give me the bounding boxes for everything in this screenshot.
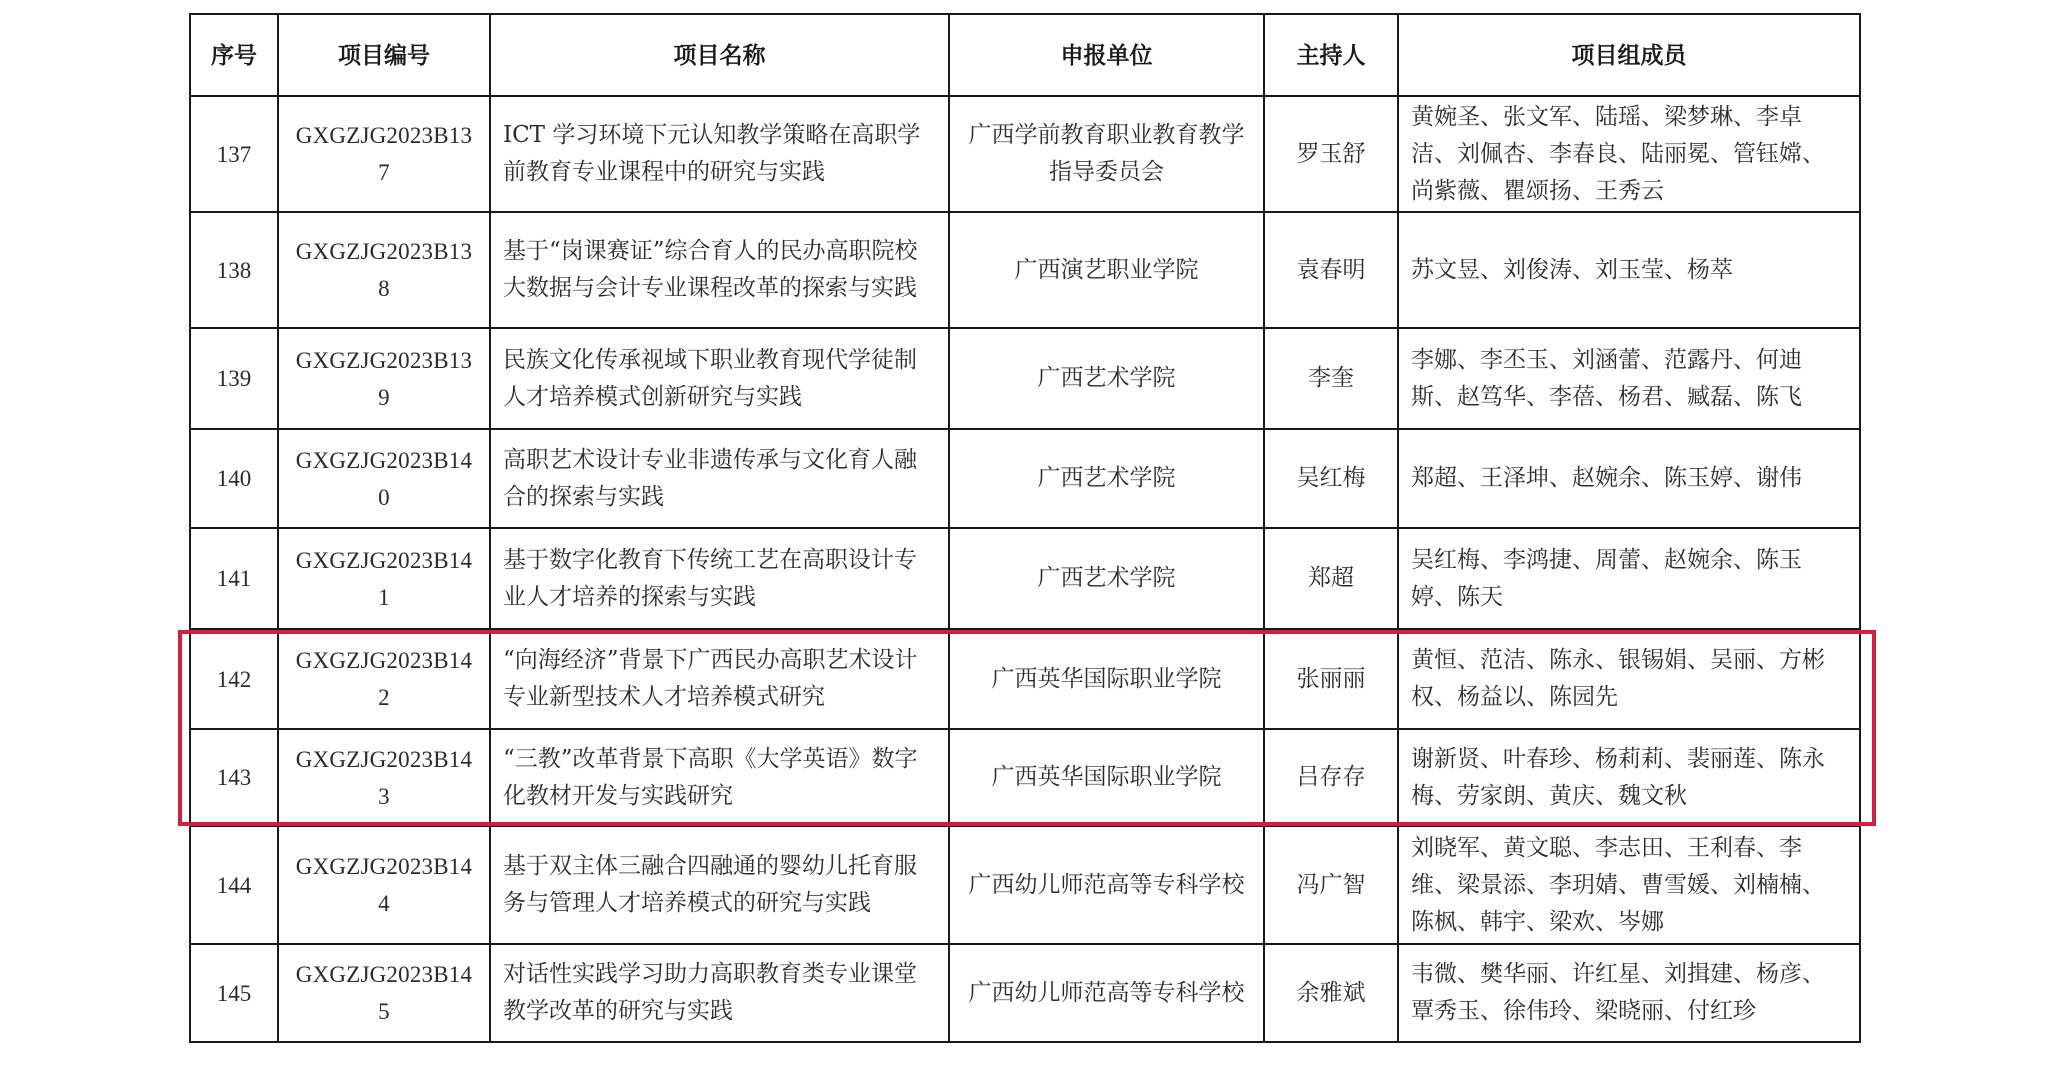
table-row: 137 GXGZJG2023B137 ICT 学习环境下元认知教学策略在高职学前… [190, 96, 1860, 212]
host: 余雅斌 [1264, 944, 1398, 1042]
project-code: GXGZJG2023B141 [278, 528, 490, 629]
members: 李娜、李丕玉、刘涵蕾、范露丹、何迪斯、赵笃华、李蓓、杨君、臧磊、陈飞 [1398, 328, 1860, 429]
serial-number: 145 [190, 944, 278, 1042]
table-row: 144 GXGZJG2023B144 基于双主体三融合四融通的婴幼儿托育服务与管… [190, 826, 1860, 944]
project-code: GXGZJG2023B137 [278, 96, 490, 212]
table-row-highlighted: 142 GXGZJG2023B142 “向海经济”背景下广西民办高职艺术设计专业… [190, 629, 1860, 729]
project-code: GXGZJG2023B139 [278, 328, 490, 429]
members: 黄恒、范洁、陈永、银锡娟、吴丽、方彬权、杨益以、陈园先 [1398, 629, 1860, 729]
project-code: GXGZJG2023B142 [278, 629, 490, 729]
project-code: GXGZJG2023B143 [278, 729, 490, 826]
applicant-unit: 广西演艺职业学院 [949, 212, 1264, 328]
host: 吴红梅 [1264, 429, 1398, 528]
serial-number: 144 [190, 826, 278, 944]
serial-number: 142 [190, 629, 278, 729]
table-row: 145 GXGZJG2023B145 对话性实践学习助力高职教育类专业课堂教学改… [190, 944, 1860, 1042]
applicant-unit: 广西艺术学院 [949, 429, 1264, 528]
serial-number: 141 [190, 528, 278, 629]
header-host: 主持人 [1264, 14, 1398, 96]
serial-number: 140 [190, 429, 278, 528]
table-header-row: 序号 项目编号 项目名称 申报单位 主持人 项目组成员 [190, 14, 1860, 96]
host: 郑超 [1264, 528, 1398, 629]
members: 谢新贤、叶春珍、杨莉莉、裴丽莲、陈永梅、劳家朗、黄庆、魏文秋 [1398, 729, 1860, 826]
header-project-code: 项目编号 [278, 14, 490, 96]
project-code: GXGZJG2023B138 [278, 212, 490, 328]
applicant-unit: 广西学前教育职业教育教学指导委员会 [949, 96, 1264, 212]
applicant-unit: 广西英华国际职业学院 [949, 629, 1264, 729]
applicant-unit: 广西英华国际职业学院 [949, 729, 1264, 826]
project-code: GXGZJG2023B140 [278, 429, 490, 528]
project-name: “三教”改革背景下高职《大学英语》数字化教材开发与实践研究 [490, 729, 949, 826]
project-name: 基于双主体三融合四融通的婴幼儿托育服务与管理人才培养模式的研究与实践 [490, 826, 949, 944]
project-name: 对话性实践学习助力高职教育类专业课堂教学改革的研究与实践 [490, 944, 949, 1042]
header-members: 项目组成员 [1398, 14, 1860, 96]
project-name: 民族文化传承视域下职业教育现代学徒制人才培养模式创新研究与实践 [490, 328, 949, 429]
applicant-unit: 广西幼儿师范高等专科学校 [949, 826, 1264, 944]
members: 韦微、樊华丽、许红星、刘揖建、杨彦、覃秀玉、徐伟玲、梁晓丽、付红珍 [1398, 944, 1860, 1042]
members: 吴红梅、李鸿捷、周蕾、赵婉余、陈玉婷、陈天 [1398, 528, 1860, 629]
project-name: ICT 学习环境下元认知教学策略在高职学前教育专业课程中的研究与实践 [490, 96, 949, 212]
project-name: “向海经济”背景下广西民办高职艺术设计专业新型技术人才培养模式研究 [490, 629, 949, 729]
host: 袁春明 [1264, 212, 1398, 328]
project-code: GXGZJG2023B144 [278, 826, 490, 944]
header-applicant-unit: 申报单位 [949, 14, 1264, 96]
host: 李奎 [1264, 328, 1398, 429]
members: 黄婉圣、张文军、陆瑶、梁梦琳、李卓洁、刘佩杏、李春良、陆丽冕、管钰嫦、尚紫薇、瞿… [1398, 96, 1860, 212]
project-code: GXGZJG2023B145 [278, 944, 490, 1042]
serial-number: 137 [190, 96, 278, 212]
project-name: 基于“岗课赛证”综合育人的民办高职院校大数据与会计专业课程改革的探索与实践 [490, 212, 949, 328]
members: 刘晓军、黄文聪、李志田、王利春、李维、梁景添、李玥婧、曹雪媛、刘楠楠、陈枫、韩宇… [1398, 826, 1860, 944]
applicant-unit: 广西艺术学院 [949, 328, 1264, 429]
host: 罗玉舒 [1264, 96, 1398, 212]
host: 冯广智 [1264, 826, 1398, 944]
project-name: 基于数字化教育下传统工艺在高职设计专业人才培养的探索与实践 [490, 528, 949, 629]
table-row: 140 GXGZJG2023B140 高职艺术设计专业非遗传承与文化育人融合的探… [190, 429, 1860, 528]
members: 郑超、王泽坤、赵婉余、陈玉婷、谢伟 [1398, 429, 1860, 528]
table-row: 138 GXGZJG2023B138 基于“岗课赛证”综合育人的民办高职院校大数… [190, 212, 1860, 328]
host: 张丽丽 [1264, 629, 1398, 729]
header-serial-number: 序号 [190, 14, 278, 96]
header-project-name: 项目名称 [490, 14, 949, 96]
members: 苏文昱、刘俊涛、刘玉莹、杨萃 [1398, 212, 1860, 328]
host: 吕存存 [1264, 729, 1398, 826]
project-name: 高职艺术设计专业非遗传承与文化育人融合的探索与实践 [490, 429, 949, 528]
serial-number: 139 [190, 328, 278, 429]
table-row: 139 GXGZJG2023B139 民族文化传承视域下职业教育现代学徒制人才培… [190, 328, 1860, 429]
serial-number: 143 [190, 729, 278, 826]
table-row: 141 GXGZJG2023B141 基于数字化教育下传统工艺在高职设计专业人才… [190, 528, 1860, 629]
project-table: 序号 项目编号 项目名称 申报单位 主持人 项目组成员 137 GXGZJG20… [189, 13, 1861, 1043]
applicant-unit: 广西艺术学院 [949, 528, 1264, 629]
applicant-unit: 广西幼儿师范高等专科学校 [949, 944, 1264, 1042]
table-row-highlighted: 143 GXGZJG2023B143 “三教”改革背景下高职《大学英语》数字化教… [190, 729, 1860, 826]
serial-number: 138 [190, 212, 278, 328]
